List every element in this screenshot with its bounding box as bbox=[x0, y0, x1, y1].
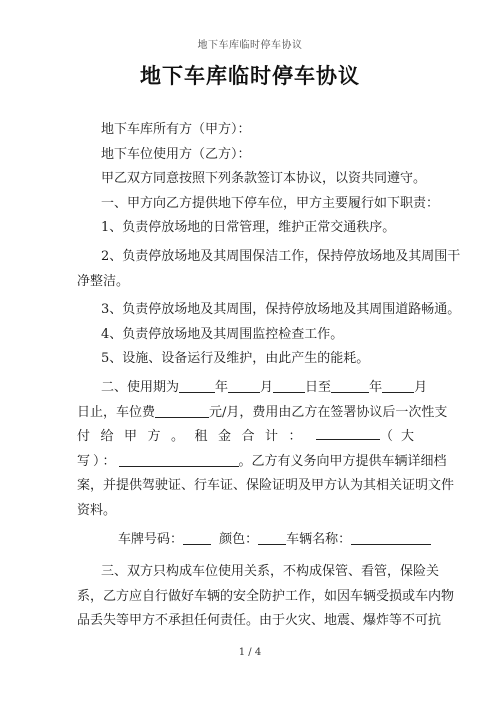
total-rent-blank[interactable] bbox=[316, 425, 380, 440]
section3-line2: 系，乙方应自行做好车辆的安全防护工作，如因车辆受损或车内物 bbox=[77, 585, 422, 610]
section2-line4: 写）：。乙方有义务向甲方提供车辆详细档 bbox=[77, 450, 422, 475]
vehicle-name-blank[interactable] bbox=[351, 530, 431, 545]
section1-item-4: 4、负责停放场地及其周围监控检查工作。 bbox=[77, 323, 422, 348]
section2-line1: 二、使用期为年月日至年月 bbox=[77, 376, 422, 401]
section1-heading: 一、甲方向乙方提供地下停车位，甲方主要履行如下职责： bbox=[77, 192, 422, 217]
section3-line3: 品丢失等甲方不承担任何责任。由于火灾、地震、爆炸等不可抗 bbox=[77, 609, 422, 634]
section3-line1: 三、双方只构成车位使用关系，不构成保管、看管，保险关 bbox=[77, 560, 422, 585]
total-rent-uppercase-blank[interactable] bbox=[119, 452, 239, 467]
section1-item-1: 1、负责停放场地的日常管理，维护正常交通秩序。 bbox=[77, 216, 422, 241]
party-a-label: 地下车库所有方（甲方）： bbox=[77, 118, 422, 143]
plate-number-blank[interactable] bbox=[183, 530, 211, 545]
section2-line3: 付给甲方。租金合计：（大 bbox=[77, 425, 422, 450]
running-header: 地下车库临时停车协议 bbox=[0, 36, 500, 51]
document-body: 地下车库所有方（甲方）： 地下车位使用方（乙方）： 甲乙双方同意按照下列条款签订… bbox=[77, 118, 422, 634]
section1-item-3: 3、负责停放场地及其周围，保持停放场地及其周围道路畅通。 bbox=[77, 298, 422, 323]
section2-line5: 案，并提供驾驶证、行车证、保险证明及甲方认为其相关证明文件 bbox=[77, 474, 422, 499]
end-year-blank[interactable] bbox=[331, 378, 369, 393]
fee-blank[interactable] bbox=[155, 403, 209, 418]
color-blank[interactable] bbox=[258, 530, 286, 545]
page-indicator: 1 / 4 bbox=[0, 647, 500, 658]
party-b-label: 地下车位使用方（乙方）： bbox=[77, 143, 422, 168]
section1-item-2: 2、负责停放场地及其周围保洁工作，保持停放场地及其周围干 bbox=[77, 245, 422, 270]
vehicle-info-line: 车牌号码： 颜色：车辆名称： bbox=[77, 528, 422, 553]
start-year-blank[interactable] bbox=[179, 378, 215, 393]
intro-paragraph: 甲乙双方同意按照下列条款签订本协议，以资共同遵守。 bbox=[77, 167, 422, 192]
section1-item-5: 5、设施、设备运行及维护，由此产生的能耗。 bbox=[77, 347, 422, 372]
start-day-blank[interactable] bbox=[273, 378, 305, 393]
section2-line2: 日止，车位费元/月，费用由乙方在签署协议后一次性支 bbox=[77, 401, 422, 426]
end-month-blank[interactable] bbox=[382, 378, 414, 393]
start-month-blank[interactable] bbox=[228, 378, 260, 393]
document-title: 地下车库临时停车协议 bbox=[0, 60, 500, 90]
section1-item-2-cont: 净整洁。 bbox=[77, 270, 422, 295]
section2-line6: 资料。 bbox=[77, 499, 422, 524]
